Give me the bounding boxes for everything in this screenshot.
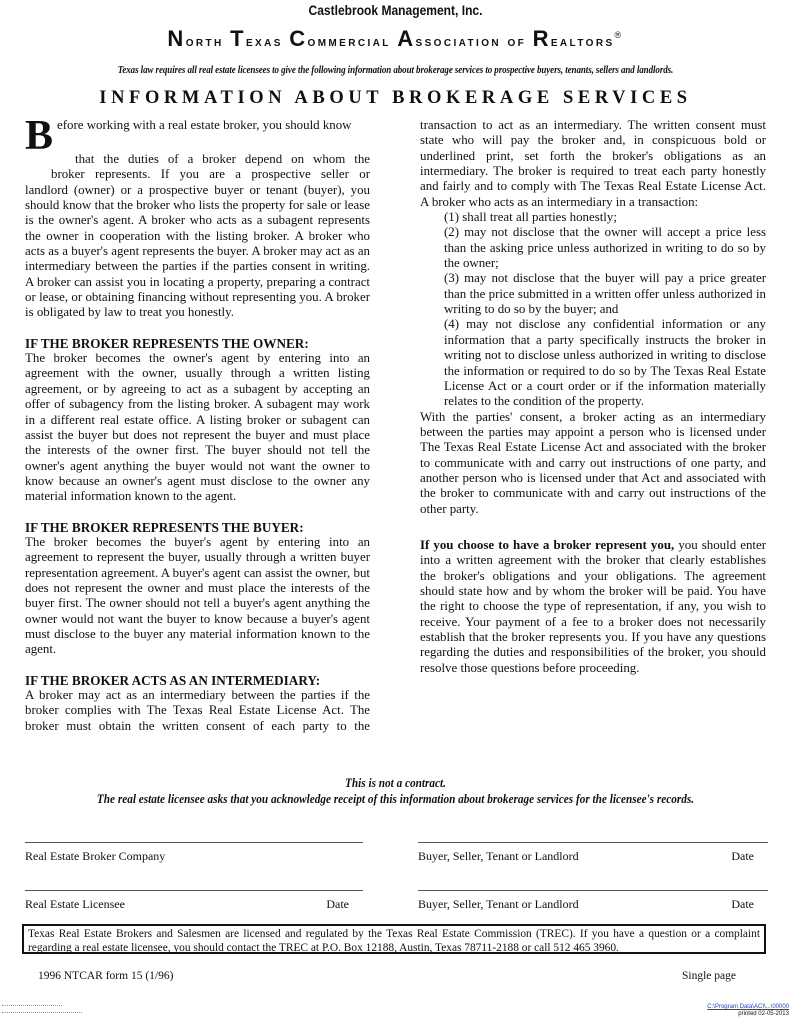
file-path-link[interactable]: C:\Program Data\ACI\...\00000 (707, 1004, 789, 1010)
page-note: Single page (682, 970, 736, 982)
association-name: North Texas Commercial Association of Re… (0, 26, 791, 52)
right-column: transaction to act as an intermediary. T… (420, 118, 766, 676)
assoc-word: Realtors (533, 34, 615, 50)
printed-date: printed 02-05-2013 (738, 1011, 789, 1017)
list-item: (2) may not disclose that the owner will… (444, 225, 766, 271)
registered-mark: ® (615, 30, 624, 40)
buyer-heading: IF THE BROKER REPRESENTS THE BUYER: (25, 520, 370, 535)
intermediary-body-right: transaction to act as an intermediary. T… (420, 118, 766, 210)
list-item: (3) may not disclose that the buyer will… (444, 271, 766, 317)
buyer-body: The broker becomes the buyer's agent by … (25, 535, 370, 658)
intermediary-heading: IF THE BROKER ACTS AS AN INTERMEDIARY: (25, 673, 370, 688)
assoc-word: North (167, 34, 223, 50)
assoc-word: Commercial (289, 34, 391, 50)
not-contract-notice: This is not a contract. (40, 776, 752, 791)
list-item: (1) shall treat all parties honestly; (444, 210, 766, 225)
page-title: INFORMATION ABOUT BROKERAGE SERVICES (0, 88, 791, 109)
faint-mark (2, 1005, 62, 1007)
signature-licensee[interactable]: Real Estate Licensee Date (25, 890, 363, 917)
signature-broker-company[interactable]: Real Estate Broker Company (25, 842, 363, 869)
acknowledge-notice: The real estate licensee asks that you a… (40, 792, 752, 807)
assoc-word: Texas (230, 34, 283, 50)
print-info: C:\Program Data\ACI\...\00000 printed 02… (707, 1004, 789, 1017)
faint-mark (2, 1012, 82, 1014)
signature-party-2[interactable]: Buyer, Seller, Tenant or Landlord Date (418, 890, 768, 917)
choose-paragraph: If you choose to have a broker represent… (420, 538, 766, 676)
left-column: Before working with a real estate broker… (25, 118, 370, 734)
consent-paragraph: With the parties' consent, a broker acti… (420, 410, 766, 517)
intermediary-obligations-list: (1) shall treat all parties honestly; (2… (420, 210, 766, 409)
law-notice: Texas law requires all real estate licen… (40, 65, 752, 76)
form-id: 1996 NTCAR form 15 (1/96) (38, 970, 173, 982)
trec-notice-box: Texas Real Estate Brokers and Salesmen a… (22, 924, 766, 954)
company-name: Castlebrook Management, Inc. (55, 2, 735, 18)
drop-cap: B (25, 120, 53, 152)
owner-body: The broker becomes the owner's agent by … (25, 351, 370, 504)
assoc-word: of (507, 34, 526, 50)
intermediary-body-left: A broker may act as an intermediary betw… (25, 688, 370, 734)
owner-heading: IF THE BROKER REPRESENTS THE OWNER: (25, 336, 370, 351)
signature-party-1[interactable]: Buyer, Seller, Tenant or Landlord Date (418, 842, 768, 869)
intro-paragraph: Before working with a real estate broker… (25, 118, 370, 321)
list-item: (4) may not disclose any confidential in… (444, 317, 766, 409)
choose-lead: If you choose to have a broker represent… (420, 538, 674, 552)
assoc-word: Association (397, 34, 501, 50)
